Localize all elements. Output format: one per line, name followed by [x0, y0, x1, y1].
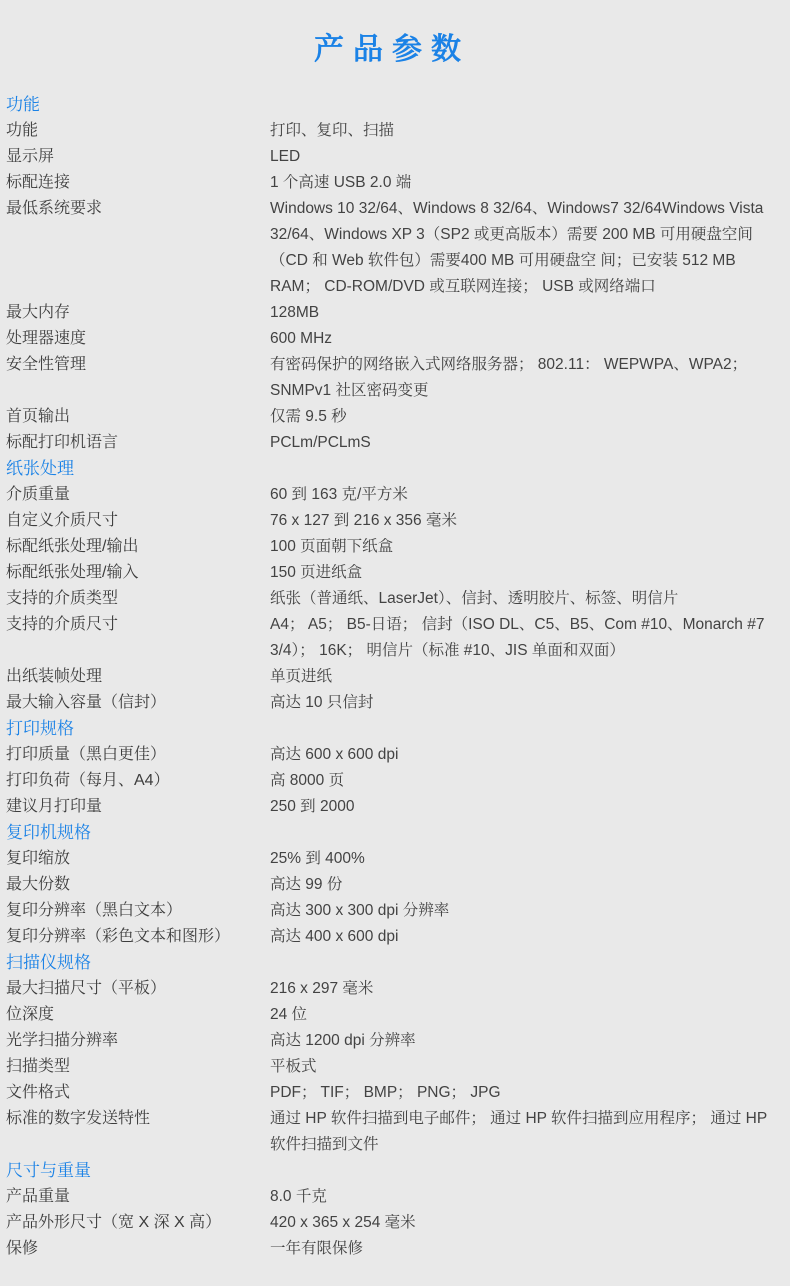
spec-row: 最大扫描尺寸（平板） 216 x 297 毫米 — [6, 976, 778, 1002]
spec-row: 复印分辨率（黑白文本） 高达 300 x 300 dpi 分辨率 — [6, 898, 778, 924]
spec-table: 功能 功能 打印、复印、扫描 显示屏 LED 标配连接 1 个高速 USB 2.… — [6, 92, 778, 1262]
spec-value: 1 个高速 USB 2.0 端 — [270, 170, 776, 196]
section-rows: 产品重量 8.0 千克 产品外形尺寸（宽 X 深 X 高） 420 x 365 … — [6, 1184, 778, 1262]
spec-row: 介质重量 60 到 163 克/平方米 — [6, 482, 778, 508]
spec-row: 保修 一年有限保修 — [6, 1236, 778, 1262]
spec-value: 有密码保护的网络嵌入式网络服务器； 802.11： WEPWPA、WPA2； S… — [270, 352, 776, 404]
section-header: 尺寸与重量 — [6, 1158, 778, 1184]
spec-value: 高达 600 x 600 dpi — [270, 742, 776, 768]
section-rows: 功能 打印、复印、扫描 显示屏 LED 标配连接 1 个高速 USB 2.0 端… — [6, 118, 778, 456]
spec-section: 尺寸与重量 产品重量 8.0 千克 产品外形尺寸（宽 X 深 X 高） 420 … — [6, 1158, 778, 1262]
spec-row: 标配连接 1 个高速 USB 2.0 端 — [6, 170, 778, 196]
spec-label: 打印负荷（每月、A4） — [6, 768, 270, 794]
spec-row: 最大份数 高达 99 份 — [6, 872, 778, 898]
section-header: 复印机规格 — [6, 820, 778, 846]
spec-row: 打印负荷（每月、A4） 高 8000 页 — [6, 768, 778, 794]
spec-row: 支持的介质尺寸 A4； A5； B5-日语； 信封（ISO DL、C5、B5、C… — [6, 612, 778, 664]
section-rows: 介质重量 60 到 163 克/平方米 自定义介质尺寸 76 x 127 到 2… — [6, 482, 778, 716]
spec-row: 支持的介质类型 纸张（普通纸、LaserJet）、信封、透明胶片、标签、明信片 — [6, 586, 778, 612]
spec-label: 显示屏 — [6, 144, 270, 170]
spec-value: 高 8000 页 — [270, 768, 776, 794]
spec-label: 复印分辨率（黑白文本） — [6, 898, 270, 924]
spec-row: 复印缩放 25% 到 400% — [6, 846, 778, 872]
spec-section: 功能 功能 打印、复印、扫描 显示屏 LED 标配连接 1 个高速 USB 2.… — [6, 92, 778, 456]
spec-row: 标配打印机语言 PCLm/PCLmS — [6, 430, 778, 456]
spec-value: 高达 300 x 300 dpi 分辨率 — [270, 898, 776, 924]
spec-row: 打印质量（黑白更佳） 高达 600 x 600 dpi — [6, 742, 778, 768]
spec-label: 产品外形尺寸（宽 X 深 X 高） — [6, 1210, 270, 1236]
spec-label: 扫描类型 — [6, 1054, 270, 1080]
spec-row: 标准的数字发送特性 通过 HP 软件扫描到电子邮件； 通过 HP 软件扫描到应用… — [6, 1106, 778, 1158]
spec-value: PCLm/PCLmS — [270, 430, 776, 456]
section-header: 纸张处理 — [6, 456, 778, 482]
spec-value: 100 页面朝下纸盒 — [270, 534, 776, 560]
spec-label: 标准的数字发送特性 — [6, 1106, 270, 1132]
spec-value: Windows 10 32/64、Windows 8 32/64、Windows… — [270, 196, 776, 300]
spec-value: LED — [270, 144, 776, 170]
spec-label: 打印质量（黑白更佳） — [6, 742, 270, 768]
spec-row: 最大输入容量（信封） 高达 10 只信封 — [6, 690, 778, 716]
spec-value: 24 位 — [270, 1002, 776, 1028]
spec-value: 8.0 千克 — [270, 1184, 776, 1210]
spec-row: 出纸装帧处理 单页进纸 — [6, 664, 778, 690]
spec-value: 128MB — [270, 300, 776, 326]
spec-label: 支持的介质类型 — [6, 586, 270, 612]
spec-row: 光学扫描分辨率 高达 1200 dpi 分辨率 — [6, 1028, 778, 1054]
spec-label: 最大份数 — [6, 872, 270, 898]
section-rows: 打印质量（黑白更佳） 高达 600 x 600 dpi 打印负荷（每月、A4） … — [6, 742, 778, 820]
spec-label: 光学扫描分辨率 — [6, 1028, 270, 1054]
spec-label: 最大输入容量（信封） — [6, 690, 270, 716]
spec-section: 扫描仪规格 最大扫描尺寸（平板） 216 x 297 毫米 位深度 24 位 光… — [6, 950, 778, 1158]
spec-row: 功能 打印、复印、扫描 — [6, 118, 778, 144]
spec-value: 纸张（普通纸、LaserJet）、信封、透明胶片、标签、明信片 — [270, 586, 776, 612]
spec-value: 216 x 297 毫米 — [270, 976, 776, 1002]
spec-label: 安全性管理 — [6, 352, 270, 378]
spec-label: 首页输出 — [6, 404, 270, 430]
spec-value: 60 到 163 克/平方米 — [270, 482, 776, 508]
spec-value: 一年有限保修 — [270, 1236, 776, 1262]
spec-value: 单页进纸 — [270, 664, 776, 690]
spec-label: 保修 — [6, 1236, 270, 1262]
spec-row: 扫描类型 平板式 — [6, 1054, 778, 1080]
spec-value: PDF； TIF； BMP； PNG； JPG — [270, 1080, 776, 1106]
spec-label: 最低系统要求 — [6, 196, 270, 222]
spec-row: 建议月打印量 250 到 2000 — [6, 794, 778, 820]
spec-row: 最大内存 128MB — [6, 300, 778, 326]
spec-label: 支持的介质尺寸 — [6, 612, 270, 638]
spec-value: A4； A5； B5-日语； 信封（ISO DL、C5、B5、Com #10、M… — [270, 612, 776, 664]
spec-value: 600 MHz — [270, 326, 776, 352]
section-header: 打印规格 — [6, 716, 778, 742]
spec-value: 420 x 365 x 254 毫米 — [270, 1210, 776, 1236]
section-rows: 最大扫描尺寸（平板） 216 x 297 毫米 位深度 24 位 光学扫描分辨率… — [6, 976, 778, 1158]
section-header: 扫描仪规格 — [6, 950, 778, 976]
spec-row: 产品外形尺寸（宽 X 深 X 高） 420 x 365 x 254 毫米 — [6, 1210, 778, 1236]
spec-label: 标配打印机语言 — [6, 430, 270, 456]
spec-row: 产品重量 8.0 千克 — [6, 1184, 778, 1210]
spec-value: 25% 到 400% — [270, 846, 776, 872]
spec-label: 处理器速度 — [6, 326, 270, 352]
spec-row: 标配纸张处理/输出 100 页面朝下纸盒 — [6, 534, 778, 560]
spec-row: 位深度 24 位 — [6, 1002, 778, 1028]
spec-value: 250 到 2000 — [270, 794, 776, 820]
spec-row: 安全性管理 有密码保护的网络嵌入式网络服务器； 802.11： WEPWPA、W… — [6, 352, 778, 404]
spec-label: 标配纸张处理/输入 — [6, 560, 270, 586]
spec-row: 处理器速度 600 MHz — [6, 326, 778, 352]
spec-section: 复印机规格 复印缩放 25% 到 400% 最大份数 高达 99 份 复印分辨率… — [6, 820, 778, 950]
section-rows: 复印缩放 25% 到 400% 最大份数 高达 99 份 复印分辨率（黑白文本）… — [6, 846, 778, 950]
spec-label: 出纸装帧处理 — [6, 664, 270, 690]
spec-row: 首页输出 仅需 9.5 秒 — [6, 404, 778, 430]
spec-label: 自定义介质尺寸 — [6, 508, 270, 534]
spec-value: 平板式 — [270, 1054, 776, 1080]
spec-label: 建议月打印量 — [6, 794, 270, 820]
page-title: 产品参数 — [6, 24, 778, 68]
spec-label: 标配纸张处理/输出 — [6, 534, 270, 560]
spec-value: 高达 400 x 600 dpi — [270, 924, 776, 950]
spec-label: 复印分辨率（彩色文本和图形） — [6, 924, 270, 950]
spec-row: 显示屏 LED — [6, 144, 778, 170]
spec-label: 文件格式 — [6, 1080, 270, 1106]
spec-label: 复印缩放 — [6, 846, 270, 872]
spec-label: 位深度 — [6, 1002, 270, 1028]
spec-value: 高达 99 份 — [270, 872, 776, 898]
spec-row: 自定义介质尺寸 76 x 127 到 216 x 356 毫米 — [6, 508, 778, 534]
spec-row: 复印分辨率（彩色文本和图形） 高达 400 x 600 dpi — [6, 924, 778, 950]
spec-label: 介质重量 — [6, 482, 270, 508]
spec-value: 高达 10 只信封 — [270, 690, 776, 716]
spec-value: 150 页进纸盒 — [270, 560, 776, 586]
spec-row: 标配纸张处理/输入 150 页进纸盒 — [6, 560, 778, 586]
spec-value: 打印、复印、扫描 — [270, 118, 776, 144]
section-header: 功能 — [6, 92, 778, 118]
spec-label: 最大扫描尺寸（平板） — [6, 976, 270, 1002]
spec-value: 通过 HP 软件扫描到电子邮件； 通过 HP 软件扫描到应用程序； 通过 HP … — [270, 1106, 776, 1158]
spec-label: 最大内存 — [6, 300, 270, 326]
spec-value: 76 x 127 到 216 x 356 毫米 — [270, 508, 776, 534]
spec-label: 功能 — [6, 118, 270, 144]
spec-section: 打印规格 打印质量（黑白更佳） 高达 600 x 600 dpi 打印负荷（每月… — [6, 716, 778, 820]
spec-label: 产品重量 — [6, 1184, 270, 1210]
spec-value: 高达 1200 dpi 分辨率 — [270, 1028, 776, 1054]
product-specs-page: 产品参数 功能 功能 打印、复印、扫描 显示屏 LED 标配连接 1 个高速 U… — [0, 0, 790, 1286]
spec-value: 仅需 9.5 秒 — [270, 404, 776, 430]
spec-label: 标配连接 — [6, 170, 270, 196]
spec-section: 纸张处理 介质重量 60 到 163 克/平方米 自定义介质尺寸 76 x 12… — [6, 456, 778, 716]
spec-row: 文件格式 PDF； TIF； BMP； PNG； JPG — [6, 1080, 778, 1106]
spec-row: 最低系统要求 Windows 10 32/64、Windows 8 32/64、… — [6, 196, 778, 300]
